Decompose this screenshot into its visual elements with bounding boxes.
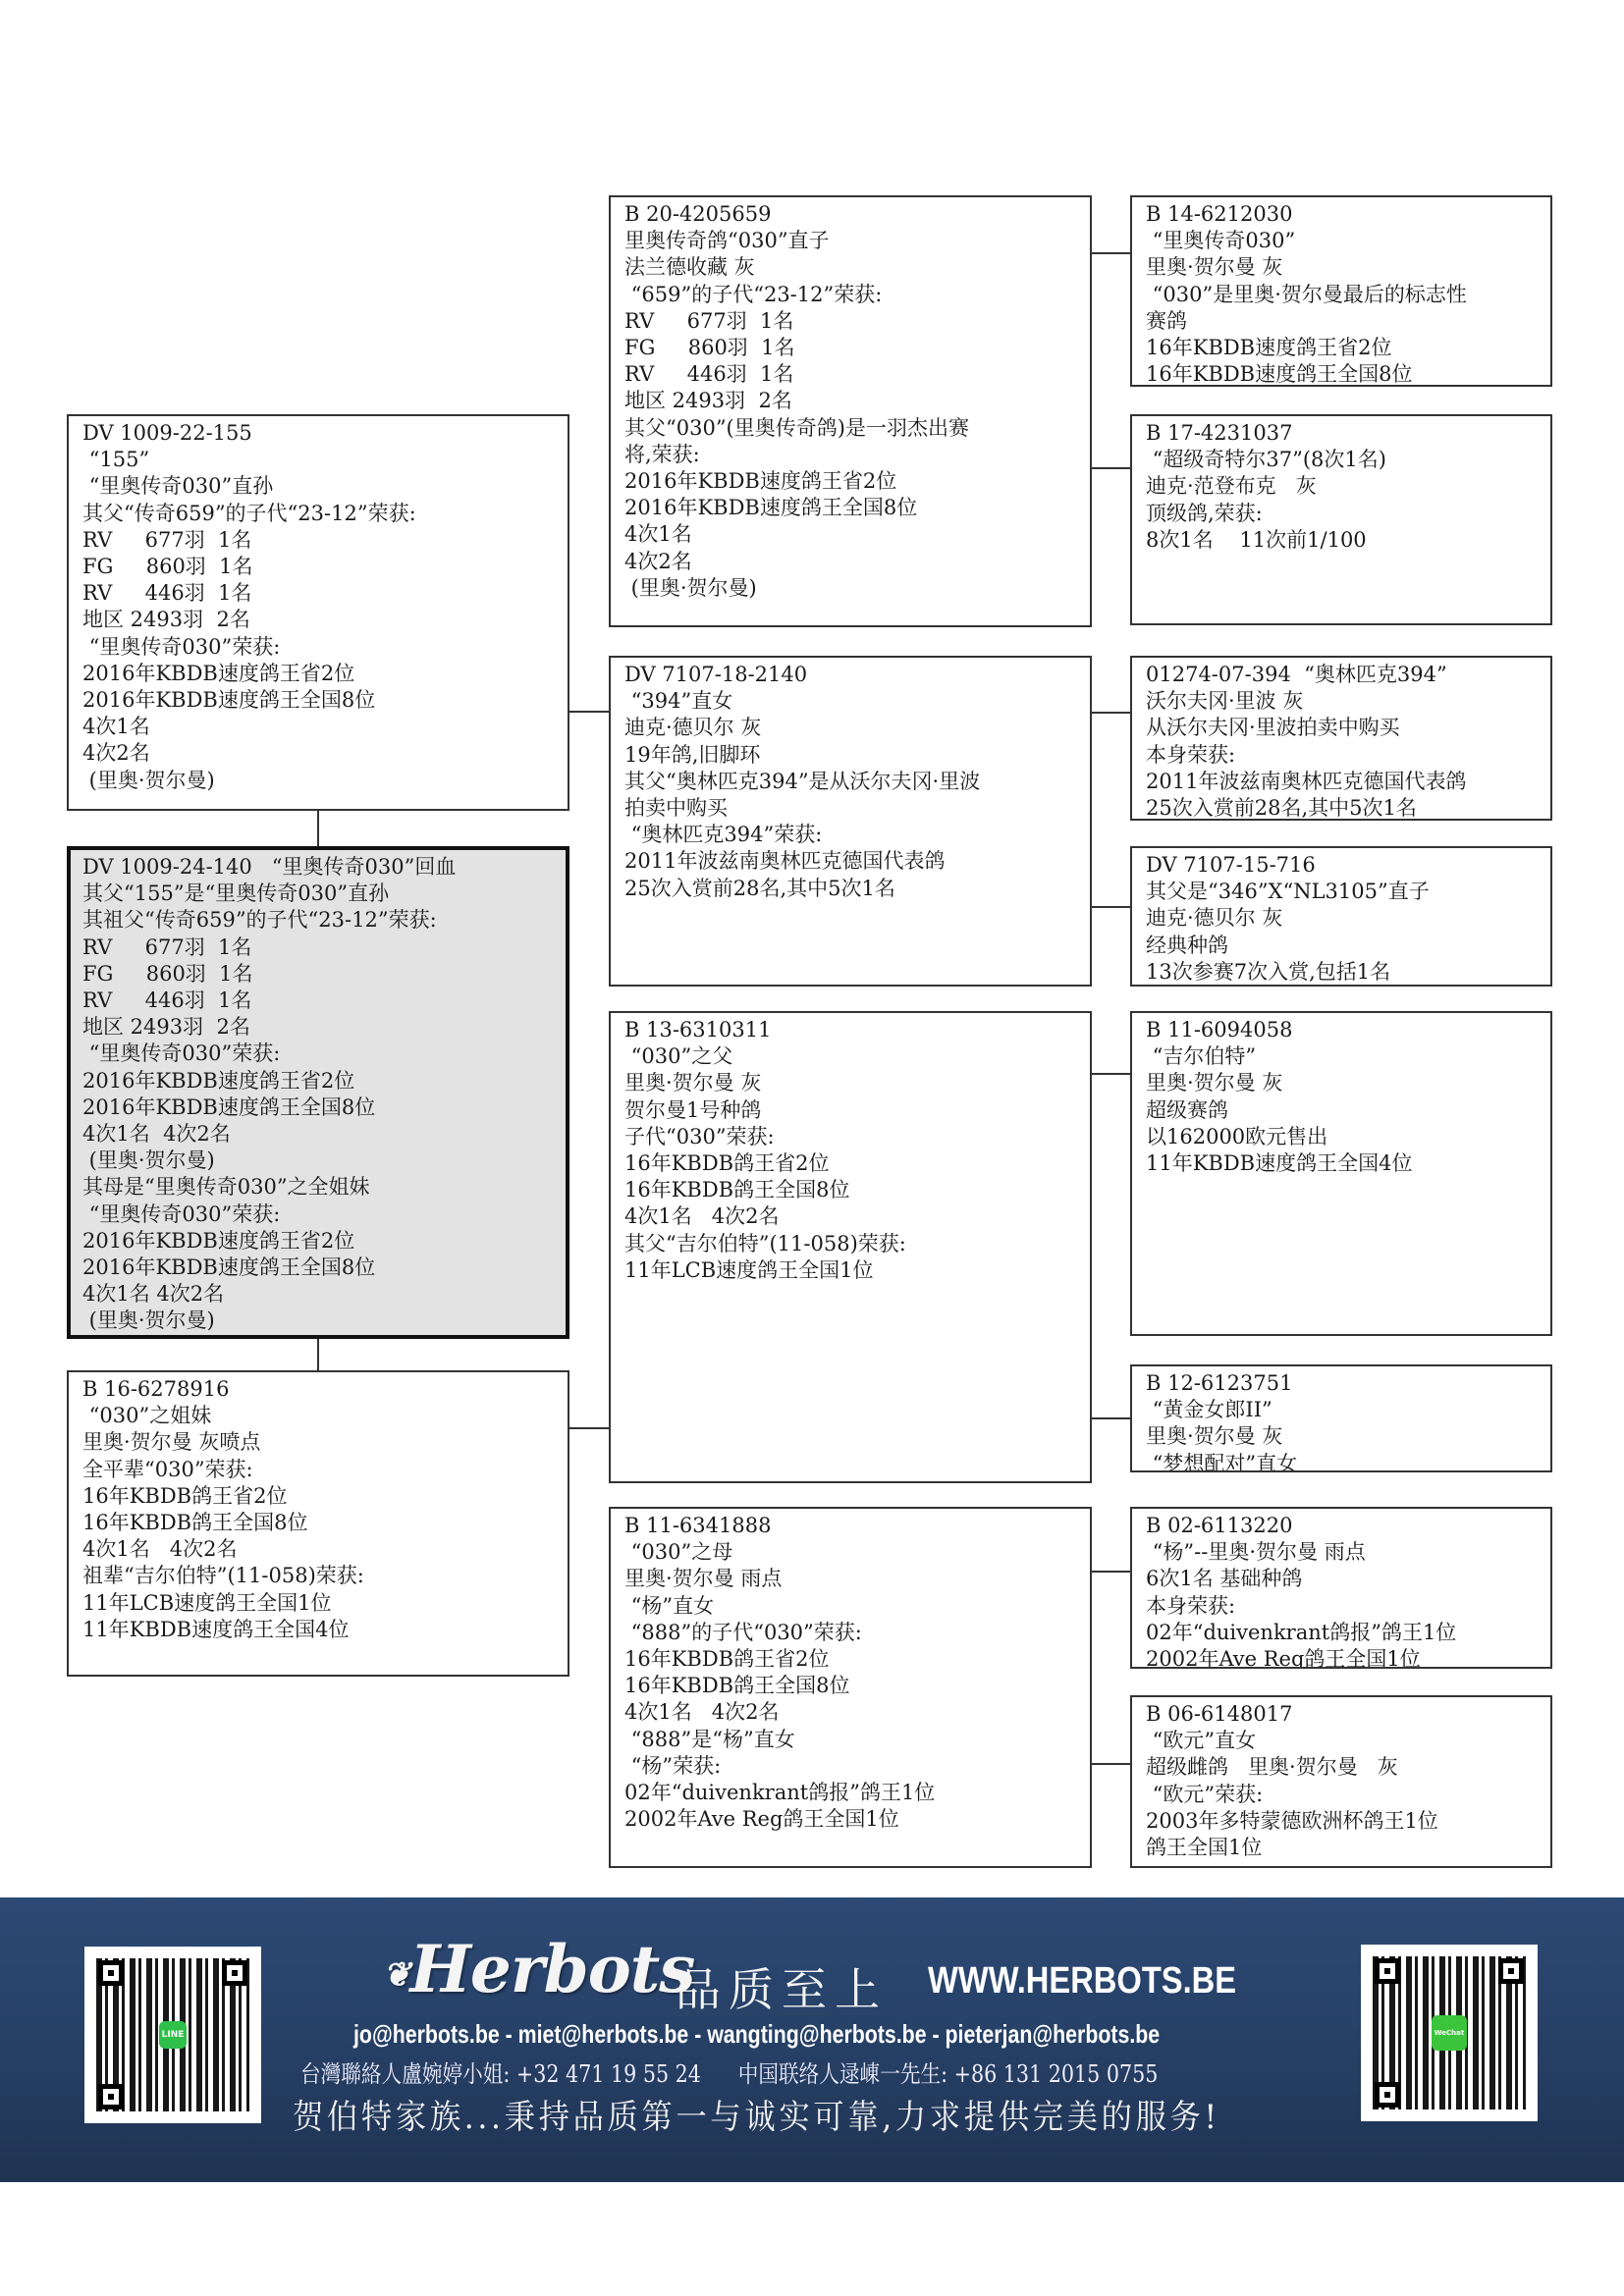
herbots-logo: ❦Herbots xyxy=(383,1931,694,2007)
pedigree-text-line: “里奥传奇030” xyxy=(1146,228,1537,254)
pedigree-text-line: 16年KBDB鸽王省2位 xyxy=(624,1150,1076,1177)
ring-number: B 06-6148017 xyxy=(1146,1701,1537,1728)
pedigree-text-line: 2003年多特蒙德欧洲杯鸽王1位 xyxy=(1146,1808,1537,1835)
pedigree-text-line: 4次1名 4次2名 xyxy=(82,1536,554,1563)
pedigree-text-line: 16年KBDB速度鸽王全国8位 xyxy=(1146,361,1537,387)
pedigree-text-line: FG 860羽 1名 xyxy=(82,554,554,580)
pedigree-text-line: 赛鸽 xyxy=(1146,308,1537,335)
pedigree-text-line: “030”之母 xyxy=(624,1539,1076,1566)
pedigree-text-line: FG 860羽 1名 xyxy=(624,335,1076,361)
connector-dam-to-parents xyxy=(569,1427,609,1429)
pedigree-ggp-card-6: B 12-6123751 “黄金女郎II”里奥·贺尔曼 灰 “梦想配对”直女 xyxy=(1130,1364,1552,1472)
pedigree-text-line: “394”直女 xyxy=(624,688,1076,715)
ring-number: B 11-6094058 xyxy=(1146,1017,1537,1043)
ring-number: B 14-6212030 xyxy=(1146,201,1537,228)
pedigree-ggp-card-3: 01274-07-394 “奥林匹克394”沃尔夫冈·里波 灰从沃尔夫冈·里波拍… xyxy=(1130,656,1552,821)
ring-number: 01274-07-394 “奥林匹克394” xyxy=(1146,662,1537,688)
connector-sire-to-parents xyxy=(569,711,609,713)
ring-number: B 11-6341888 xyxy=(624,1513,1076,1539)
ring-number: B 20-4205659 xyxy=(624,201,1076,228)
contact-china: 中国联络人逯崠一先生: +86 131 2015 0755 xyxy=(738,2060,1159,2088)
pedigree-text-line: 鸽王全国1位 xyxy=(1146,1835,1537,1861)
pedigree-text-line: “030”之父 xyxy=(624,1043,1076,1070)
pedigree-text-line: 2016年KBDB速度鸽王省2位 xyxy=(82,661,554,687)
slogan: 品质至上 xyxy=(676,1954,888,2019)
pedigree-text-line: “吉尔伯特” xyxy=(1146,1043,1537,1070)
pedigree-text-line: 11年LCB速度鸽王全国1位 xyxy=(82,1590,554,1617)
pedigree-text-line: 其父“传奇659”的子代“23-12”荣获: xyxy=(82,501,554,527)
pedigree-text-line: 2011年波兹南奥林匹克德国代表鸽 xyxy=(624,848,1076,875)
pedigree-text-line: RV 677羽 1名 xyxy=(624,308,1076,335)
pedigree-text-line: RV 446羽 1名 xyxy=(82,580,554,607)
pedigree-ggp-card-4: DV 7107-15-716其父是“346”X“NL3105”直子迪克·德贝尔 … xyxy=(1130,846,1552,987)
pedigree-dam-card: B 16-6278916 “030”之姐妹里奥·贺尔曼 灰喷点全平辈“030”荣… xyxy=(67,1370,569,1677)
pedigree-text-line: “里奥传奇030”荣获: xyxy=(82,1041,552,1067)
pedigree-text-line: 里奥·贺尔曼 灰 xyxy=(624,1070,1076,1096)
pedigree-text-line: 4次2名 xyxy=(624,549,1076,575)
pedigree-text-line: 8次1名 11次前1/100 xyxy=(1146,527,1537,554)
pedigree-text-line: 4次1名 xyxy=(82,714,554,740)
pedigree-text-line: 超级雌鸽 里奥·贺尔曼 灰 xyxy=(1146,1754,1537,1781)
pedigree-text-line: 2016年KBDB速度鸽王全国8位 xyxy=(82,1095,552,1121)
pedigree-text-line: “030”是里奥·贺尔曼最后的标志性 xyxy=(1146,282,1537,308)
website-link[interactable]: WWW.HERBOTS.BE xyxy=(928,1960,1236,2002)
pedigree-text-line: “黄金女郎II” xyxy=(1146,1397,1537,1423)
pedigree-text-line: 16年KBDB鸽王全国8位 xyxy=(624,1177,1076,1203)
feather-icon: ❦ xyxy=(383,1955,410,1995)
pedigree-text-line: 2016年KBDB速度鸽王全国8位 xyxy=(624,495,1076,521)
pedigree-dam-sire-card: B 13-6310311 “030”之父里奥·贺尔曼 灰贺尔曼1号种鸽子代“03… xyxy=(609,1011,1092,1483)
pedigree-text-line: 本身荣获: xyxy=(1146,1593,1537,1620)
pedigree-text-line: 地区 2493羽 2名 xyxy=(82,607,554,633)
pedigree-text-line: 其祖父“传奇659”的子代“23-12”荣获: xyxy=(82,907,552,934)
pedigree-text-line: 全平辈“030”荣获: xyxy=(82,1457,554,1483)
pedigree-text-line: 超级赛鸽 xyxy=(1146,1097,1537,1124)
pedigree-text-line: 从沃尔夫冈·里波拍卖中购买 xyxy=(1146,715,1537,741)
line-app-icon: LINE xyxy=(159,2021,187,2049)
ring-number: DV 7107-15-716 xyxy=(1146,852,1537,879)
pedigree-text-line: 2016年KBDB速度鸽王省2位 xyxy=(82,1228,552,1255)
line-qr-code[interactable]: LINE xyxy=(84,1947,261,2123)
pedigree-dam-dam-card: B 11-6341888 “030”之母里奥·贺尔曼 雨点 “杨”直女 “888… xyxy=(609,1507,1092,1868)
pedigree-text-line: 祖辈“吉尔伯特”(11-058)荣获: xyxy=(82,1563,554,1589)
connector-ss-to-parents-2 xyxy=(1092,467,1131,469)
pedigree-text-line: 2002年Ave Reg鸽王全国1位 xyxy=(1146,1646,1537,1669)
pedigree-text-line: 16年KBDB速度鸽王省2位 xyxy=(1146,335,1537,361)
connector-ds-to-parents xyxy=(1092,1073,1131,1075)
pedigree-text-line: “888”是“杨”直女 xyxy=(624,1727,1076,1753)
pedigree-text-line: 其父“吉尔伯特”(11-058)荣获: xyxy=(624,1231,1076,1257)
pedigree-sire-sire-card: B 20-4205659里奥传奇鸽“030”直子法兰德收藏 灰 “659”的子代… xyxy=(609,195,1092,627)
contact-taiwan: 台灣聯絡人盧婉婷小姐: +32 471 19 55 24 xyxy=(300,2060,701,2088)
ring-number: B 12-6123751 xyxy=(1146,1370,1537,1397)
pedigree-text-line: 其父“奥林匹克394”是从沃尔夫冈·里波 xyxy=(624,769,1076,795)
footer-banner: LINE ❦Herbots 品质至上 WWW.HERBOTS.BE jo@her… xyxy=(0,1897,1624,2182)
pedigree-text-line: 4次1名 xyxy=(624,521,1076,548)
connector-ss-to-parents xyxy=(1092,252,1131,254)
pedigree-text-line: RV 446羽 1名 xyxy=(82,988,552,1014)
pedigree-text-line: “梦想配对”直女 xyxy=(1146,1451,1537,1472)
pedigree-text-line: 4次1名 4次2名 xyxy=(624,1203,1076,1230)
pedigree-text-line: (里奥·贺尔曼) xyxy=(82,1308,552,1334)
pedigree-text-line: “里奥传奇030”荣获: xyxy=(82,1201,552,1228)
pedigree-text-line: 16年KBDB鸽王全国8位 xyxy=(82,1510,554,1536)
connector-dd-to-parents xyxy=(1092,1571,1131,1573)
pedigree-text-line: 沃尔夫冈·里波 灰 xyxy=(1146,688,1537,715)
pedigree-text-line: 16年KBDB鸽王省2位 xyxy=(624,1646,1076,1673)
pedigree-text-line: RV 677羽 1名 xyxy=(82,934,552,961)
connector-dd-to-parents-2 xyxy=(1092,1763,1131,1765)
pedigree-text-line: 11年LCB速度鸽王全国1位 xyxy=(624,1257,1076,1284)
pedigree-text-line: 迪克·范登布克 灰 xyxy=(1146,473,1537,500)
pedigree-text-line: 16年KBDB鸽王全国8位 xyxy=(624,1673,1076,1699)
pedigree-text-line: 2002年Ave Reg鸽王全国1位 xyxy=(624,1806,1076,1833)
pedigree-text-line: “奥林匹克394”荣获: xyxy=(624,822,1076,848)
ring-number: B 02-6113220 xyxy=(1146,1513,1537,1539)
pedigree-text-line: 2016年KBDB速度鸽王省2位 xyxy=(82,1068,552,1095)
pedigree-text-line: “里奥传奇030”荣获: xyxy=(82,634,554,661)
pedigree-ggp-card-1: B 14-6212030 “里奥传奇030”里奥·贺尔曼 灰 “030”是里奥·… xyxy=(1130,195,1552,387)
pedigree-text-line: 16年KBDB鸽王省2位 xyxy=(82,1483,554,1510)
ring-number: DV 7107-18-2140 xyxy=(624,662,1076,688)
pedigree-text-line: 4次2名 xyxy=(82,740,554,767)
pedigree-text-line: 本身荣获: xyxy=(1146,742,1537,769)
pedigree-text-line: “杨”荣获: xyxy=(624,1753,1076,1780)
pedigree-text-line: 法兰德收藏 灰 xyxy=(624,254,1076,281)
ring-number: DV 1009-24-140 “里奥传奇030”回血 xyxy=(82,854,552,881)
pedigree-text-line: 迪克·德贝尔 灰 xyxy=(1146,905,1537,932)
pedigree-text-line: 19年鸽,旧脚环 xyxy=(624,742,1076,769)
pedigree-text-line: 4次1名 4次2名 xyxy=(82,1121,552,1148)
company-motto: 贺伯特家族...秉持品质第一与诚实可靠,力求提供完美的服务! xyxy=(293,2090,1220,2138)
pedigree-text-line: 其父“030”(里奥传奇鸽)是一羽杰出赛 xyxy=(624,415,1076,442)
qr-finder-icon xyxy=(1375,1958,1400,1984)
pedigree-text-line: 02年“duivenkrant鸽报”鸽王1位 xyxy=(1146,1620,1537,1646)
pedigree-text-line: 其母是“里奥传奇030”之全姐妹 xyxy=(82,1174,552,1201)
qr-finder-icon xyxy=(1375,2082,1400,2108)
pedigree-text-line: 子代“030”荣获: xyxy=(624,1124,1076,1150)
pedigree-text-line: (里奥·贺尔曼) xyxy=(82,768,554,794)
pedigree-text-line: 里奥·贺尔曼 灰 xyxy=(1146,254,1537,281)
pedigree-text-line: 将,荣获: xyxy=(624,442,1076,468)
pedigree-text-line: 里奥·贺尔曼 雨点 xyxy=(624,1566,1076,1592)
connector-sd-to-parents xyxy=(1092,712,1131,714)
pedigree-text-line: “欧元”直女 xyxy=(1146,1728,1537,1754)
pedigree-text-line: RV 677羽 1名 xyxy=(82,527,554,554)
pedigree-text-line: 6次1名 基础种鸽 xyxy=(1146,1566,1537,1592)
pedigree-text-line: 里奥·贺尔曼 灰 xyxy=(1146,1423,1537,1450)
pedigree-text-line: 其父“155”是“里奥传奇030”直孙 xyxy=(82,881,552,907)
pedigree-ggp-card-7: B 02-6113220 “杨”--里奥·贺尔曼 雨点6次1名 基础种鸽本身荣获… xyxy=(1130,1507,1552,1669)
pedigree-text-line: “超级奇特尔37”(8次1名) xyxy=(1146,447,1537,473)
connector-sd-to-parents-2 xyxy=(1092,906,1131,908)
pedigree-text-line: (里奥·贺尔曼) xyxy=(624,575,1076,602)
pedigree-text-line: FG 860羽 1名 xyxy=(82,961,552,988)
ring-number: B 17-4231037 xyxy=(1146,420,1537,447)
pedigree-text-line: 25次入赏前28名,其中5次1名 xyxy=(624,876,1076,902)
pedigree-text-line: RV 446羽 1名 xyxy=(624,361,1076,388)
brand-name: Herbots xyxy=(410,1931,695,2007)
ring-number: B 13-6310311 xyxy=(624,1017,1076,1043)
pedigree-text-line: 里奥·贺尔曼 灰 xyxy=(1146,1070,1537,1096)
pedigree-text-line: “杨”直女 xyxy=(624,1593,1076,1620)
pedigree-text-line: 地区 2493羽 2名 xyxy=(624,388,1076,414)
wechat-app-icon: WeChat xyxy=(1432,2015,1467,2051)
pedigree-text-line: 2016年KBDB速度鸽王全国8位 xyxy=(82,687,554,714)
ring-number: DV 1009-22-155 xyxy=(82,420,554,447)
pedigree-sire-dam-card: DV 7107-18-2140 “394”直女迪克·德贝尔 灰19年鸽,旧脚环其… xyxy=(609,656,1092,987)
pedigree-text-line: 11年KBDB速度鸽王全国4位 xyxy=(82,1617,554,1643)
pedigree-text-line: 拍卖中购买 xyxy=(624,795,1076,822)
qr-finder-icon xyxy=(98,1960,124,1986)
pedigree-ggp-card-5: B 11-6094058 “吉尔伯特”里奥·贺尔曼 灰超级赛鸽以162000欧元… xyxy=(1130,1011,1552,1336)
pedigree-text-line: “888”的子代“030”荣获: xyxy=(624,1620,1076,1646)
pedigree-text-line: 里奥传奇鸽“030”直子 xyxy=(624,228,1076,254)
pedigree-text-line: 13次参赛7次入赏,包括1名 xyxy=(1146,959,1537,986)
pedigree-text-line: “030”之姐妹 xyxy=(82,1403,554,1429)
pedigree-text-line: “里奥传奇030”直孙 xyxy=(82,473,554,500)
pedigree-text-line: “659”的子代“23-12”荣获: xyxy=(624,282,1076,308)
qr-finder-icon xyxy=(222,1960,247,1986)
pedigree-text-line: “欧元”荣获: xyxy=(1146,1782,1537,1808)
pedigree-text-line: 2016年KBDB速度鸽王省2位 xyxy=(624,468,1076,495)
wechat-qr-code[interactable]: WeChat xyxy=(1361,1945,1538,2121)
pedigree-text-line: 2016年KBDB速度鸽王全国8位 xyxy=(82,1255,552,1281)
ring-number: B 16-6278916 xyxy=(82,1376,554,1403)
pedigree-text-line: 顶级鸽,荣获: xyxy=(1146,501,1537,527)
pedigree-text-line: 02年“duivenkrant鸽报”鸽王1位 xyxy=(624,1780,1076,1806)
pedigree-text-line: 里奥·贺尔曼 灰喷点 xyxy=(82,1429,554,1456)
pedigree-text-line: 贺尔曼1号种鸽 xyxy=(624,1097,1076,1124)
qr-finder-icon xyxy=(98,2084,124,2109)
email-list[interactable]: jo@herbots.be - miet@herbots.be - wangti… xyxy=(353,2019,1160,2050)
pedigree-text-line: 4次1名 4次2名 xyxy=(82,1281,552,1308)
pedigree-text-line: 25次入赏前28名,其中5次1名 xyxy=(1146,795,1537,821)
qr-finder-icon xyxy=(1498,1958,1524,1984)
pedigree-subject-card: DV 1009-24-140 “里奥传奇030”回血其父“155”是“里奥传奇0… xyxy=(67,846,569,1339)
pedigree-text-line: 2011年波兹南奥林匹克德国代表鸽 xyxy=(1146,769,1537,795)
pedigree-text-line: “155” xyxy=(82,447,554,473)
pedigree-sire-card: DV 1009-22-155 “155” “里奥传奇030”直孙其父“传奇659… xyxy=(67,414,569,811)
pedigree-text-line: 经典种鸽 xyxy=(1146,933,1537,959)
pedigree-ggp-card-8: B 06-6148017 “欧元”直女超级雌鸽 里奥·贺尔曼 灰 “欧元”荣获:… xyxy=(1130,1695,1552,1868)
contact-phones: 台灣聯絡人盧婉婷小姐: +32 471 19 55 24中国联络人逯崠一先生: … xyxy=(300,2055,1158,2089)
pedigree-text-line: 地区 2493羽 2名 xyxy=(82,1014,552,1041)
pedigree-ggp-card-2: B 17-4231037 “超级奇特尔37”(8次1名)迪克·范登布克 灰顶级鸽… xyxy=(1130,414,1552,625)
pedigree-text-line: 其父是“346”X“NL3105”直子 xyxy=(1146,879,1537,905)
pedigree-text-line: 迪克·德贝尔 灰 xyxy=(624,715,1076,741)
pedigree-text-line: (里奥·贺尔曼) xyxy=(82,1148,552,1174)
pedigree-text-line: “杨”--里奥·贺尔曼 雨点 xyxy=(1146,1539,1537,1566)
pedigree-text-line: 4次1名 4次2名 xyxy=(624,1699,1076,1726)
pedigree-text-line: 以162000欧元售出 xyxy=(1146,1124,1537,1150)
connector-ds-to-parents-2 xyxy=(1092,1417,1131,1419)
pedigree-text-line: 11年KBDB速度鸽王全国4位 xyxy=(1146,1150,1537,1177)
